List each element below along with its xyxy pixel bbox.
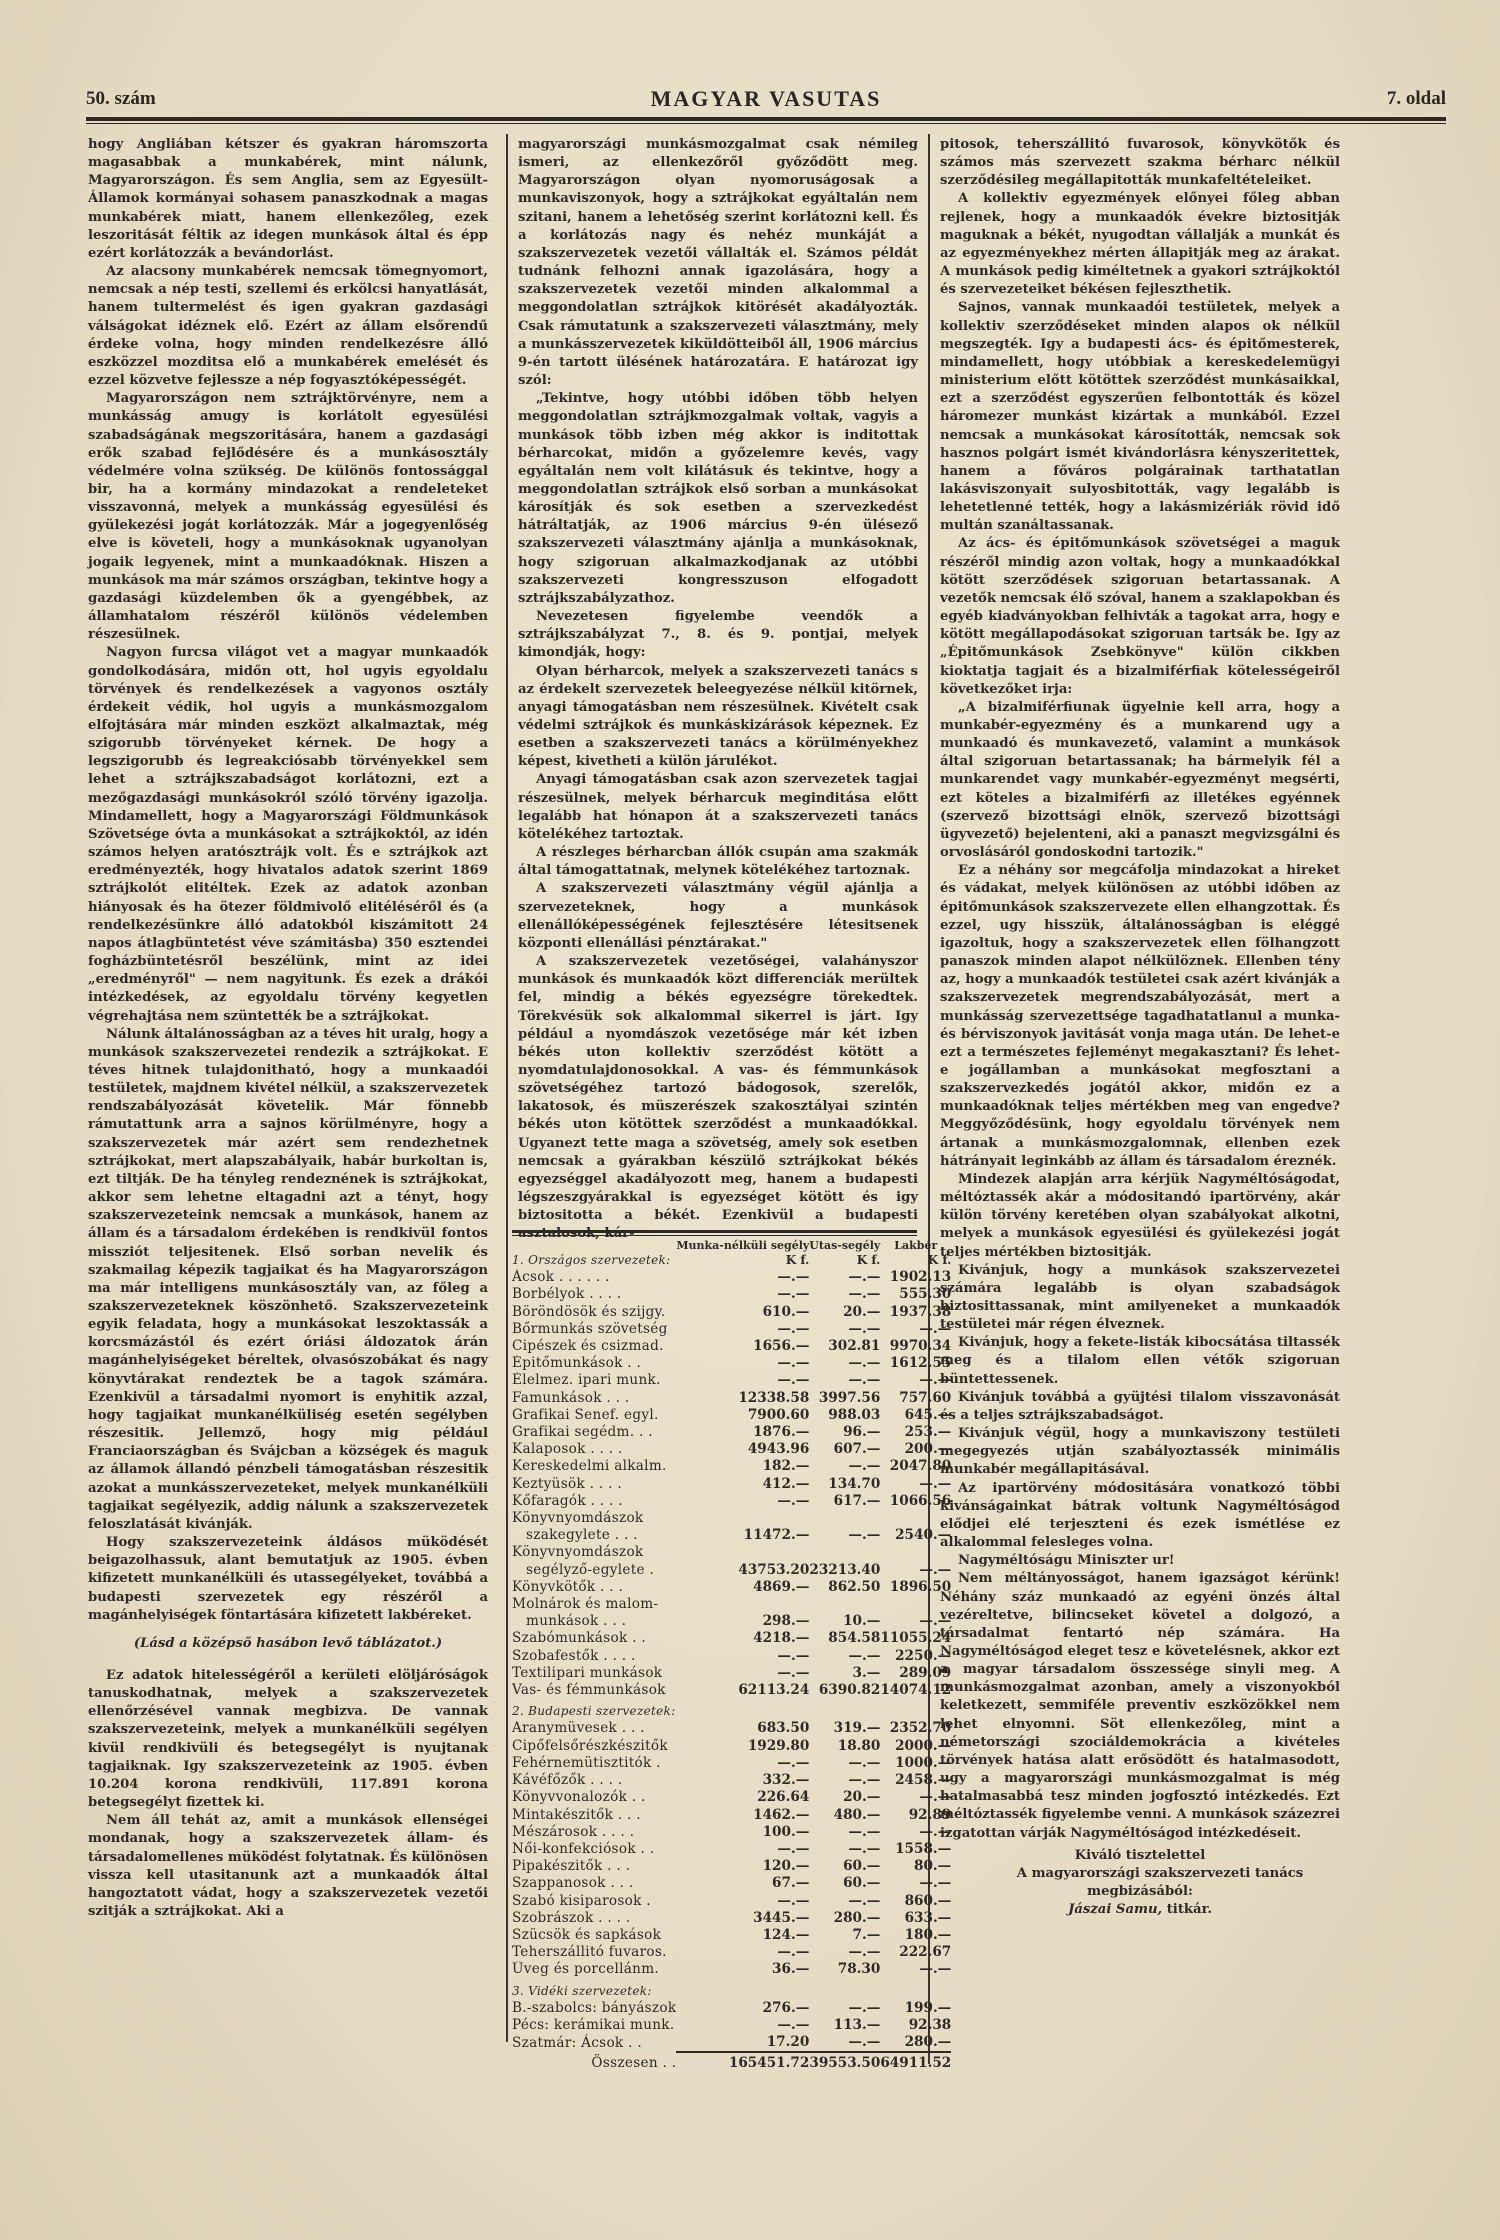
row-name-continued: munkások . . . — [512, 1613, 676, 1630]
unemployment-value: 182.— — [676, 1458, 809, 1475]
col-header-unemployment: Munka-nélküli segély — [676, 1240, 809, 1252]
table-row: Grafikai Senef. egyl.7900.60988.03645.— — [512, 1407, 951, 1424]
row-name: Kereskedelmi alkalm. — [512, 1458, 676, 1475]
paragraph: Hogy szakszervezeteink áldásos müködését… — [88, 1534, 488, 1625]
table-row: Szücsök és sapkások124.—7.—180.— — [512, 1927, 951, 1944]
unemployment-value: —.— — [676, 1355, 809, 1372]
travel-value: 7.— — [809, 1927, 880, 1944]
paragraph: A szakszervezetek vezetőségei, valahánys… — [518, 953, 918, 1244]
section-title: 3. Vidéki szervezetek: — [512, 1979, 676, 2000]
table-row: Üveg és porcellánm.36.—78.30—.— — [512, 1961, 951, 1978]
paragraph: Olyan bérharcok, melyek a szakszervezeti… — [518, 663, 918, 772]
paragraph: Kivánjuk, hogy a munkások szakszervezete… — [940, 1262, 1340, 1335]
table-row: Borbélyok . . . .—.——.—555.30 — [512, 1286, 951, 1303]
travel-value: 280.— — [809, 1910, 880, 1927]
table-section-row: 2. Budapesti szervezetek: — [512, 1699, 951, 1720]
empty — [880, 1979, 951, 2000]
unemployment-value: 226.64 — [676, 1789, 809, 1806]
travel-value: 319.— — [809, 1720, 880, 1737]
unemployment-value: —.— — [676, 1372, 809, 1389]
unemployment-value: 1462.— — [676, 1807, 809, 1824]
unemployment-value: —.— — [676, 1893, 809, 1910]
unit-label: K f. — [809, 1252, 880, 1269]
table-row: Cipőfelsőrészkészitők1929.8018.802000.— — [512, 1738, 951, 1755]
table-row: munkások . . .298.—10.——.— — [512, 1613, 951, 1630]
table-reference-note: (Lásd a középső hasábon levő táblázatot.… — [88, 1635, 488, 1653]
unemployment-value: —.— — [676, 1841, 809, 1858]
row-name: Szobafestők . . . . — [512, 1648, 676, 1665]
table-row: Élelmez. ipari munk.—.——.——.— — [512, 1372, 951, 1389]
row-name: Könyvnyomdászok — [512, 1544, 676, 1561]
table-row: Teherszállitó fuvaros.—.——.—222.67 — [512, 1944, 951, 1961]
unemployment-value: 412.— — [676, 1476, 809, 1493]
travel-value: 20.— — [809, 1304, 880, 1321]
section-title: 2. Budapesti szervezetek: — [512, 1699, 676, 1720]
row-name: Szücsök és sapkások — [512, 1927, 676, 1944]
paragraph: A kollektiv egyezmények előnyei főleg ab… — [940, 190, 1340, 299]
paragraph: pitosok, teherszállitó fuvarosok, könyvk… — [940, 136, 1340, 190]
paragraph: A szakszervezeti választmány végül ajánl… — [518, 880, 918, 953]
travel-value: 617.— — [809, 1493, 880, 1510]
travel-value: —.— — [809, 1648, 880, 1665]
travel-value: 10.— — [809, 1613, 880, 1630]
column-3: pitosok, teherszállitó fuvarosok, könyvk… — [940, 136, 1340, 1919]
masthead-rule-thin — [86, 123, 1446, 124]
travel-value: 113.— — [809, 2017, 880, 2034]
unemployment-value: 298.— — [676, 1613, 809, 1630]
travel-value: —.— — [809, 1269, 880, 1286]
travel-value: —.— — [809, 1755, 880, 1772]
table-row: Szabó kisiparosok .—.——.—860.— — [512, 1893, 951, 1910]
support-table: Munka-nélküli segély Utas-segély Lakbér … — [512, 1240, 920, 2073]
table-row: Mintakészitők . . .1462.—480.—92.89 — [512, 1807, 951, 1824]
empty — [809, 1979, 880, 2000]
row-name: Könyvvonalozók . . — [512, 1789, 676, 1806]
row-name: Könyvnyomdászok — [512, 1510, 676, 1527]
table-row: Grafikai segédm. . .1876.—96.—253.— — [512, 1424, 951, 1441]
empty — [676, 1596, 809, 1613]
travel-value: —.— — [809, 1841, 880, 1858]
unemployment-value: 1929.80 — [676, 1738, 809, 1755]
row-name: Mintakészitők . . . — [512, 1807, 676, 1824]
row-name: Mészárosok . . . . — [512, 1824, 676, 1841]
rent-value: —.— — [880, 1961, 951, 1978]
travel-value: 3997.56 — [809, 1390, 880, 1407]
paragraph: Anyagi támogatásban csak azon szervezete… — [518, 771, 918, 844]
row-name: Famunkások . . . — [512, 1390, 676, 1407]
row-name: Grafikai Senef. egyl. — [512, 1407, 676, 1424]
unemployment-value: 4869.— — [676, 1579, 809, 1596]
unemployment-value: —.— — [676, 1755, 809, 1772]
unemployment-value: 11472.— — [676, 1527, 809, 1544]
row-name-continued: szakegylete . . . — [512, 1527, 676, 1544]
travel-value: —.— — [809, 1286, 880, 1303]
row-name: Böröndösök és szijgy. — [512, 1304, 676, 1321]
unemployment-value: 43753.20 — [676, 1562, 809, 1579]
signature-line: Jászai Samu, titkár. — [940, 1901, 1340, 1919]
travel-value: 607.— — [809, 1441, 880, 1458]
row-name: Grafikai segédm. . . — [512, 1424, 676, 1441]
column-divider — [506, 134, 508, 2042]
table-row: B.-szabolcs: bányászok276.——.—199.— — [512, 2000, 951, 2017]
table-row: Könyvkötők . . .4869.—862.501896.50 — [512, 1579, 951, 1596]
total-travel: 39553.50 — [809, 2052, 880, 2072]
travel-value: 854.58 — [809, 1630, 880, 1647]
row-name: Kalaposok . . . . — [512, 1441, 676, 1458]
row-name: B.-szabolcs: bányászok — [512, 2000, 676, 2017]
row-name: Aranymüvesek . . . — [512, 1720, 676, 1737]
table-row: szakegylete . . .11472.——.—2540.— — [512, 1527, 951, 1544]
unemployment-value: 12338.58 — [676, 1390, 809, 1407]
row-name: Pipakészitők . . . — [512, 1858, 676, 1875]
row-name: Szappanosok . . . — [512, 1875, 676, 1892]
row-name: Fehérnemütisztitók . — [512, 1755, 676, 1772]
quote-paragraph: „Tekintve, hogy utóbbi időben több helye… — [518, 390, 918, 608]
page-number: 7. oldal — [1387, 88, 1446, 110]
rent-value: 222.67 — [880, 1944, 951, 1961]
paragraph: Az ipartörvény módositására vonatkozó tö… — [940, 1480, 1340, 1553]
signature-name: Jászai Samu, — [1068, 1902, 1162, 1917]
paragraph: hogy Angliában kétszer és gyakran hároms… — [88, 136, 488, 263]
signature-role: titkár. — [1167, 1902, 1212, 1917]
unemployment-value: 17.20 — [676, 2034, 809, 2052]
unemployment-value: 124.— — [676, 1927, 809, 1944]
paragraph: Mindezek alapján arra kérjük Nagyméltósá… — [940, 1171, 1340, 1262]
travel-value: —.— — [809, 1527, 880, 1544]
travel-value: —.— — [809, 2000, 880, 2017]
travel-value: —.— — [809, 1458, 880, 1475]
paragraph: Kivánjuk, hogy a fekete-listák kibocsátá… — [940, 1334, 1340, 1388]
unemployment-value: 4943.96 — [676, 1441, 809, 1458]
table-row: Szappanosok . . .67.—60.——.— — [512, 1875, 951, 1892]
row-name: Üveg és porcellánm. — [512, 1961, 676, 1978]
unemployment-value: 276.— — [676, 2000, 809, 2017]
row-name: Cipőfelsőrészkészitők — [512, 1738, 676, 1755]
masthead: 50. szám MAGYAR VASUTAS 7. oldal — [86, 88, 1446, 118]
travel-value: 18.80 — [809, 1738, 880, 1755]
row-name: Keztyüsök . . . . — [512, 1476, 676, 1493]
section-title: 1. Országos szervezetek: — [512, 1252, 676, 1269]
row-name: Szabó kisiparosok . — [512, 1893, 676, 1910]
rent-value: 92.38 — [880, 2017, 951, 2034]
row-name: Ácsok . . . . . . — [512, 1269, 676, 1286]
table-row: Aranymüvesek . . .683.50319.—2352.70 — [512, 1720, 951, 1737]
travel-value: 60.— — [809, 1875, 880, 1892]
travel-value: 23213.40 — [809, 1562, 880, 1579]
unemployment-value: 7900.60 — [676, 1407, 809, 1424]
signature-organization: A magyarországi szakszervezeti tanács — [940, 1865, 1340, 1883]
table-row: Női-konfekciósok . .—.——.—1558.— — [512, 1841, 951, 1858]
table-section-row: 1. Országos szervezetek:K f.K f.K f. — [512, 1252, 951, 1269]
unemployment-value: 332.— — [676, 1772, 809, 1789]
travel-value: 302.81 — [809, 1338, 880, 1355]
col-header-travel: Utas-segély — [809, 1240, 880, 1252]
column-2: magyarországi munkásmozgalmat csak némil… — [518, 136, 918, 1244]
row-name: Cipészek és csizmad. — [512, 1338, 676, 1355]
paragraph: Kivánjuk végül, hogy a munkaviszony test… — [940, 1425, 1340, 1479]
travel-value: 96.— — [809, 1424, 880, 1441]
newspaper-title: MAGYAR VASUTAS — [86, 86, 1446, 112]
table-total-row: Összesen . .165451.7239553.5064911.52 — [512, 2052, 951, 2072]
table-row: Kereskedelmi alkalm.182.——.—2047.80 — [512, 1458, 951, 1475]
paragraph: Nálunk általánosságban az a téves hit ur… — [88, 1026, 488, 1534]
unemployment-value: 1656.— — [676, 1338, 809, 1355]
travel-value: 78.30 — [809, 1961, 880, 1978]
empty — [676, 1510, 809, 1527]
travel-value: 480.— — [809, 1807, 880, 1824]
paragraph: Ez a néhány sor megcáfolja mindazokat a … — [940, 862, 1340, 1171]
table-row: Mészárosok . . . .100.——.——.— — [512, 1824, 951, 1841]
paragraph: Kivánjuk továbbá a gyüjtési tilalom viss… — [940, 1389, 1340, 1425]
total-label: Összesen . . — [512, 2052, 676, 2072]
table-row: Szabómunkások . .4218.—854.5811055.24 — [512, 1630, 951, 1647]
signature-closing: Kiváló tisztelettel — [940, 1847, 1340, 1865]
salutation: Nagyméltóságu Miniszter ur! — [940, 1552, 1340, 1570]
travel-value: 20.— — [809, 1789, 880, 1806]
paragraph: magyarországi munkásmozgalmat csak némil… — [518, 136, 918, 390]
empty — [809, 1699, 880, 1720]
unemployment-value: 683.50 — [676, 1720, 809, 1737]
travel-value: —.— — [809, 1944, 880, 1961]
unemployment-value: 120.— — [676, 1858, 809, 1875]
unemployment-value: —.— — [676, 1944, 809, 1961]
paragraph: Az ács- és épitőmunkások szövetségei a m… — [940, 535, 1340, 698]
table-top-rule-thin — [512, 1235, 917, 1236]
paragraph: Nem méltányosságot, hanem igazságot kérü… — [940, 1570, 1340, 1842]
unemployment-value: —.— — [676, 1665, 809, 1682]
table-top-rule — [512, 1230, 917, 1233]
row-name: Kávéfőzők . . . . — [512, 1772, 676, 1789]
unemployment-value: 62113.24 — [676, 1682, 809, 1699]
table-row: Molnárok és malom- — [512, 1596, 951, 1613]
table-row: Könyvvonalozók . .226.6420.——.— — [512, 1789, 951, 1806]
row-name: Kőfaragók . . . . — [512, 1493, 676, 1510]
table-row: Kőfaragók . . . .—.—617.—1066.56 — [512, 1493, 951, 1510]
unemployment-value: —.— — [676, 1493, 809, 1510]
rent-value: 199.— — [880, 2000, 951, 2017]
paragraph: Nagyon furcsa világot vet a magyar munka… — [88, 644, 488, 1025]
total-rent: 64911.52 — [880, 2052, 951, 2072]
rent-value: 280.— — [880, 2034, 951, 2052]
table-row: Kalaposok . . . .4943.96607.—200.— — [512, 1441, 951, 1458]
table-row: Vas- és fémmunkások62113.246390.8214074.… — [512, 1682, 951, 1699]
travel-value: 988.03 — [809, 1407, 880, 1424]
travel-value: —.— — [809, 1893, 880, 1910]
paragraph: Ez adatok hitelességéről a kerületi elöl… — [88, 1667, 488, 1812]
table-row: Fehérnemütisztitók .—.——.—1000.— — [512, 1755, 951, 1772]
table-row: Bőrmunkás szövetség—.——.——.— — [512, 1321, 951, 1338]
table-row: Szobrászok . . . .3445.—280.—633.— — [512, 1910, 951, 1927]
row-name: Teherszállitó fuvaros. — [512, 1944, 676, 1961]
empty — [809, 1544, 880, 1561]
unemployment-value: —.— — [676, 1648, 809, 1665]
empty — [676, 1699, 809, 1720]
paragraph: Nevezetesen figyelembe veendők a sztrájk… — [518, 608, 918, 662]
row-name: Női-konfekciósok . . — [512, 1841, 676, 1858]
row-name-continued: segélyző-egylete . — [512, 1562, 676, 1579]
table-row: Kávéfőzők . . . .332.——.—2458.— — [512, 1772, 951, 1789]
masthead-rule — [86, 117, 1446, 121]
row-name: Szabómunkások . . — [512, 1630, 676, 1647]
travel-value: 862.50 — [809, 1579, 880, 1596]
table-row: Szatmár: Ácsok . .17.20—.—280.— — [512, 2034, 951, 2052]
unemployment-value: —.— — [676, 2017, 809, 2034]
unemployment-value: 36.— — [676, 1961, 809, 1978]
table-row: Könyvnyomdászok — [512, 1544, 951, 1561]
travel-value: —.— — [809, 1321, 880, 1338]
row-name: Könyvkötők . . . — [512, 1579, 676, 1596]
unemployment-value: —.— — [676, 1269, 809, 1286]
travel-value: —.— — [809, 1772, 880, 1789]
table-row: Szobafestők . . . .—.——.—2250.— — [512, 1648, 951, 1665]
unemployment-value: 100.— — [676, 1824, 809, 1841]
travel-value: 6390.82 — [809, 1682, 880, 1699]
row-name: Szobrászok . . . . — [512, 1910, 676, 1927]
unemployment-value: 4218.— — [676, 1630, 809, 1647]
paragraph: A részleges bérharcban állók csupán ama … — [518, 844, 918, 880]
travel-value: —.— — [809, 1372, 880, 1389]
unemployment-value: —.— — [676, 1321, 809, 1338]
row-name: Élelmez. ipari munk. — [512, 1372, 676, 1389]
row-name: Molnárok és malom- — [512, 1596, 676, 1613]
paragraph: Magyarországon nem sztrájktörvényre, nem… — [88, 390, 488, 644]
unit-label: K f. — [676, 1252, 809, 1269]
table-row: Keztyüsök . . . .412.—134.70—.— — [512, 1476, 951, 1493]
rent-value: 180.— — [880, 1927, 951, 1944]
row-name: Vas- és fémmunkások — [512, 1682, 676, 1699]
table-row: Famunkások . . .12338.583997.56757.60 — [512, 1390, 951, 1407]
unemployment-value: 67.— — [676, 1875, 809, 1892]
table-row: Cipészek és csizmad.1656.—302.819970.34 — [512, 1338, 951, 1355]
quote-paragraph: „A bizalmiférfiunak ügyelnie kell arra, … — [940, 699, 1340, 862]
travel-value: 60.— — [809, 1858, 880, 1875]
row-name: Épitőmunkások . . — [512, 1355, 676, 1372]
table-row: Épitőmunkások . .—.——.—1612.55 — [512, 1355, 951, 1372]
table-row: segélyző-egylete .43753.2023213.40—.— — [512, 1562, 951, 1579]
table-row: Pécs: kerámikai munk.—.—113.—92.38 — [512, 2017, 951, 2034]
unemployment-value: 1876.— — [676, 1424, 809, 1441]
empty — [676, 1979, 809, 2000]
empty — [809, 1510, 880, 1527]
unemployment-value: —.— — [676, 1286, 809, 1303]
paragraph: Nem áll tehát az, amit a munkások ellens… — [88, 1812, 488, 1921]
unemployment-value: 610.— — [676, 1304, 809, 1321]
paragraph: Sajnos, vannak munkaadói testületek, mel… — [940, 299, 1340, 535]
table-row: Könyvnyomdászok — [512, 1510, 951, 1527]
table-row: Textilipari munkások—.—3.—289.09 — [512, 1665, 951, 1682]
row-name: Szatmár: Ácsok . . — [512, 2034, 676, 2052]
travel-value: —.— — [809, 1824, 880, 1841]
paragraph: Az alacsony munkabérek nemcsak tömegnyom… — [88, 263, 488, 390]
travel-value: —.— — [809, 1355, 880, 1372]
newspaper-page: 50. szám MAGYAR VASUTAS 7. oldal hogy An… — [0, 0, 1500, 2240]
empty — [676, 1544, 809, 1561]
column-1: hogy Angliában kétszer és gyakran hároms… — [88, 136, 488, 1921]
total-unemployment: 165451.72 — [676, 2052, 809, 2072]
travel-value: 134.70 — [809, 1476, 880, 1493]
table-row: Böröndösök és szijgy.610.—20.—1937.38 — [512, 1304, 951, 1321]
empty — [809, 1596, 880, 1613]
unemployment-value: 3445.— — [676, 1910, 809, 1927]
travel-value: 3.— — [809, 1665, 880, 1682]
row-name: Pécs: kerámikai munk. — [512, 2017, 676, 2034]
travel-value: —.— — [809, 2034, 880, 2052]
signature-mandate: megbizásából: — [940, 1883, 1340, 1901]
row-name: Bőrmunkás szövetség — [512, 1321, 676, 1338]
table-header-row: Munka-nélküli segély Utas-segély Lakbér — [512, 1240, 951, 1252]
row-name: Borbélyok . . . . — [512, 1286, 676, 1303]
row-name: Textilipari munkások — [512, 1665, 676, 1682]
table-row: Pipakészitők . . .120.—60.—80.— — [512, 1858, 951, 1875]
table-section-row: 3. Vidéki szervezetek: — [512, 1979, 951, 2000]
table-row: Ácsok . . . . . .—.——.—1902.13 — [512, 1269, 951, 1286]
